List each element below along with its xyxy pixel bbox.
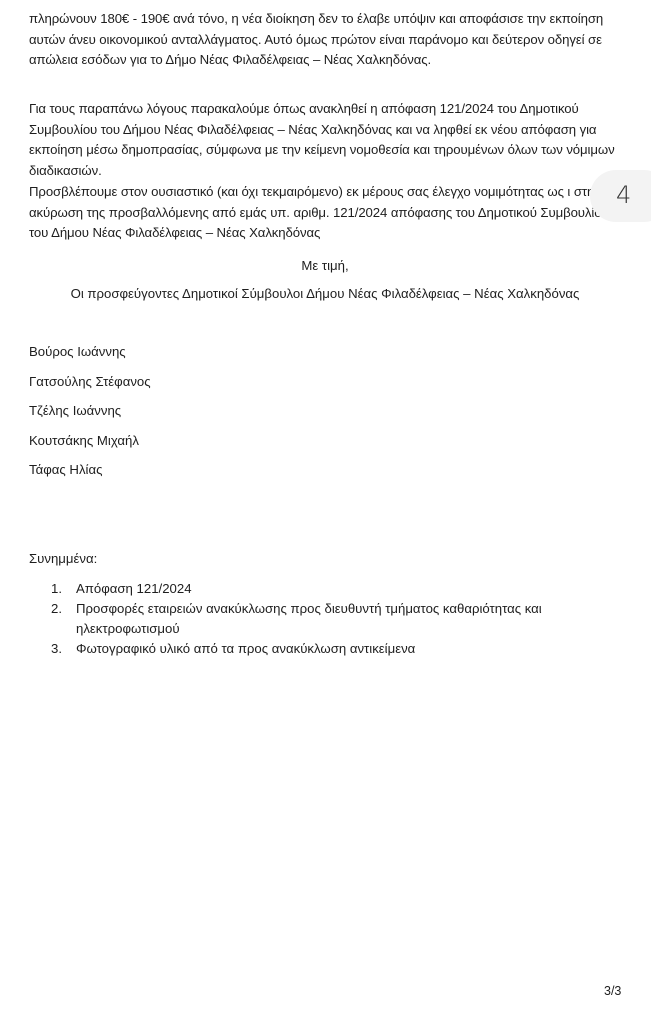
- attachment-text: Φωτογραφικό υλικό από τα προς ανακύκλωση…: [76, 641, 415, 656]
- attachment-item: 3. Φωτογραφικό υλικό από τα προς ανακύκλ…: [51, 639, 591, 659]
- signatories-line: Οι προσφεύγοντες Δημοτικοί Σύμβουλοι Δήμ…: [30, 284, 620, 304]
- paragraph-3: Προσβλέπουμε στον ουσιαστικό (και όχι τε…: [29, 182, 619, 244]
- attachment-text: Προσφορές εταιρειών ανακύκλωσης προς διε…: [76, 601, 542, 636]
- attachment-number: 3.: [51, 639, 62, 659]
- page-number-badge[interactable]: 4: [590, 170, 651, 222]
- signatory-name: Τάφας Ηλίας: [29, 460, 151, 490]
- attachment-item: 2. Προσφορές εταιρειών ανακύκλωσης προς …: [51, 599, 591, 639]
- attachment-number: 2.: [51, 599, 62, 619]
- badge-number: 4: [616, 179, 631, 211]
- signatory-name: Γατσούλης Στέφανος: [29, 372, 151, 402]
- page-indicator: 3/3: [604, 983, 621, 999]
- paragraph-2: Για τους παραπάνω λόγους παρακαλούμε όπω…: [29, 99, 619, 181]
- signatory-name: Βούρος Ιωάννης: [29, 342, 151, 372]
- document-page: πληρώνουν 180€ - 190€ ανά τόνο, η νέα δι…: [0, 0, 651, 1024]
- attachments-list: 1. Απόφαση 121/2024 2. Προσφορές εταιρει…: [51, 579, 591, 659]
- signatory-name: Κουτσάκης Μιχαήλ: [29, 431, 151, 461]
- closing-salutation: Με τιμή,: [30, 256, 620, 276]
- attachment-item: 1. Απόφαση 121/2024: [51, 579, 591, 599]
- signatory-names: Βούρος Ιωάννης Γατσούλης Στέφανος Τζέλης…: [29, 342, 151, 490]
- signatory-name: Τζέλης Ιωάννης: [29, 401, 151, 431]
- attachment-number: 1.: [51, 579, 62, 599]
- attachments-title: Συνημμένα:: [29, 549, 97, 569]
- paragraph-1: πληρώνουν 180€ - 190€ ανά τόνο, η νέα δι…: [29, 9, 619, 71]
- attachment-text: Απόφαση 121/2024: [76, 581, 192, 596]
